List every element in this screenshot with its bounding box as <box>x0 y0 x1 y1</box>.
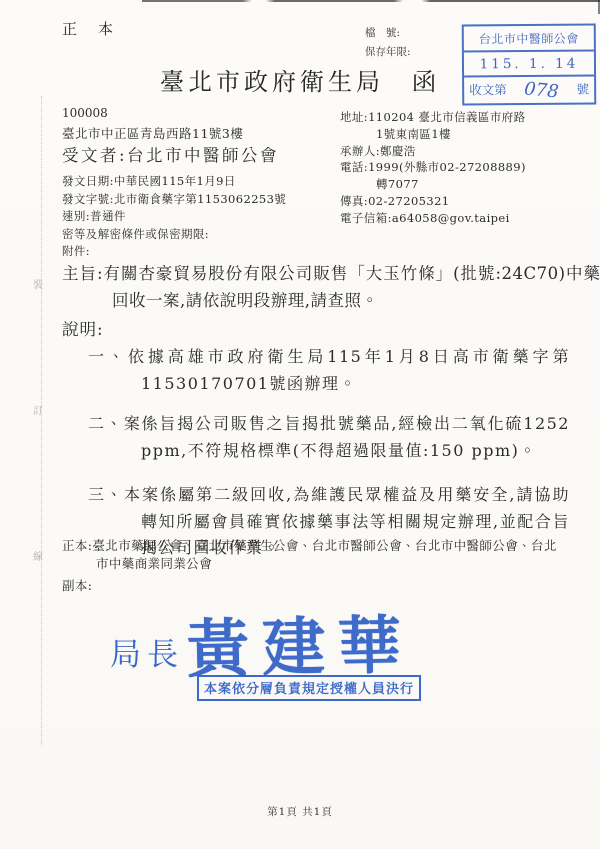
attachment-line: 附件: <box>62 243 286 261</box>
distribution-original: 正本:臺北市藥師公會、臺北市藥劑生公會、台北市醫師公會、台北市中醫師公會、台北市… <box>62 537 568 572</box>
recipient-address: 臺北市中正區青島西路11號3樓 <box>62 124 243 142</box>
priority-line: 速別:普通件 <box>62 208 286 226</box>
authorization-stamp: 本案依分層負責規定授權人員決行 <box>197 675 421 701</box>
signer-title: 局長 <box>110 629 184 674</box>
sender-address-line2: 1號東南區1樓 <box>340 126 526 143</box>
item-2-number: 二、 <box>88 414 124 433</box>
explanation-item-1: 一、依據高雄市政府衛生局115年1月8日高市衛藥字第11530170701號函辦… <box>88 344 570 397</box>
fax-line: 傳真:02-27205321 <box>340 193 526 210</box>
email-line: 電子信箱:a64058@gov.taipei <box>340 210 526 227</box>
item-1-number: 一、 <box>88 347 128 366</box>
issue-date-line: 發文日期:中華民國115年1月9日 <box>62 173 286 191</box>
issue-number-line: 發文字號:北市衛食藥字第1153062253號 <box>62 191 286 209</box>
phone-line2: 轉7077 <box>340 176 526 193</box>
explanation-label: 說明: <box>62 316 104 340</box>
sender-address-line1: 地址:110204 臺北市信義區市府路 <box>340 109 526 126</box>
item-1-text: 依據高雄市政府衛生局115年1月8日高市衛藥字第11530170701號函辦理。 <box>128 347 570 393</box>
page-number-footer: 第1頁 共1頁 <box>0 804 600 819</box>
binding-mark-xian: 線 <box>33 548 43 563</box>
official-letter-page: 裝 訂 線 正 本 檔 號: 保存年限: 台北市中醫師公會 115. 1. 14… <box>0 0 600 849</box>
item-3-number: 三、 <box>88 485 124 504</box>
distribution-copy: 副本: <box>62 577 568 595</box>
retention-period-label: 保存年限: <box>365 43 411 62</box>
file-number-block: 檔 號: 保存年限: <box>365 24 411 62</box>
receipt-stamp-org: 台北市中醫師公會 <box>464 26 594 53</box>
file-number-label: 檔 號: <box>365 24 411 43</box>
item-2-text: 案係旨揭公司販售之旨揭批號藥品,經檢出二氧化硫1252 ppm,不符規格標準(不… <box>124 414 570 460</box>
sender-meta-right: 地址:110204 臺北市信義區市府路 1號東南區1樓 承辦人:鄭慶浩 電話:1… <box>340 109 526 227</box>
binding-mark-zhuang: 裝 <box>33 276 43 291</box>
confidentiality-line: 密等及解密條件或保密期限: <box>62 226 286 244</box>
recipient-name-line: 受文者:台北市中醫師公會 <box>62 142 279 166</box>
explanation-item-2: 二、案係旨揭公司販售之旨揭批號藥品,經檢出二氧化硫1252 ppm,不符規格標準… <box>88 411 570 464</box>
scan-artifact-top <box>142 0 600 2</box>
recipient-postal-code: 100008 <box>62 106 108 120</box>
binding-mark-ding: 訂 <box>33 402 43 417</box>
document-title: 臺北市政府衛生局 函 <box>0 62 600 97</box>
subject-paragraph: 主旨:有關杏豪貿易股份有限公司販售「大玉竹條」(批號:24C70)中藥材回收一案… <box>62 260 600 314</box>
contact-person-line: 承辦人:鄭慶浩 <box>340 143 526 160</box>
distribution-block: 正本:臺北市藥師公會、臺北市藥劑生公會、台北市醫師公會、台北市中醫師公會、台北市… <box>62 537 568 595</box>
copy-type-label: 正 本 <box>62 18 116 39</box>
binding-dotted-line <box>41 96 42 746</box>
phone-line1: 電話:1999(外縣市02-27208889) <box>340 159 526 176</box>
sender-meta-left: 發文日期:中華民國115年1月9日 發文字號:北市衛食藥字第1153062253… <box>62 173 286 261</box>
